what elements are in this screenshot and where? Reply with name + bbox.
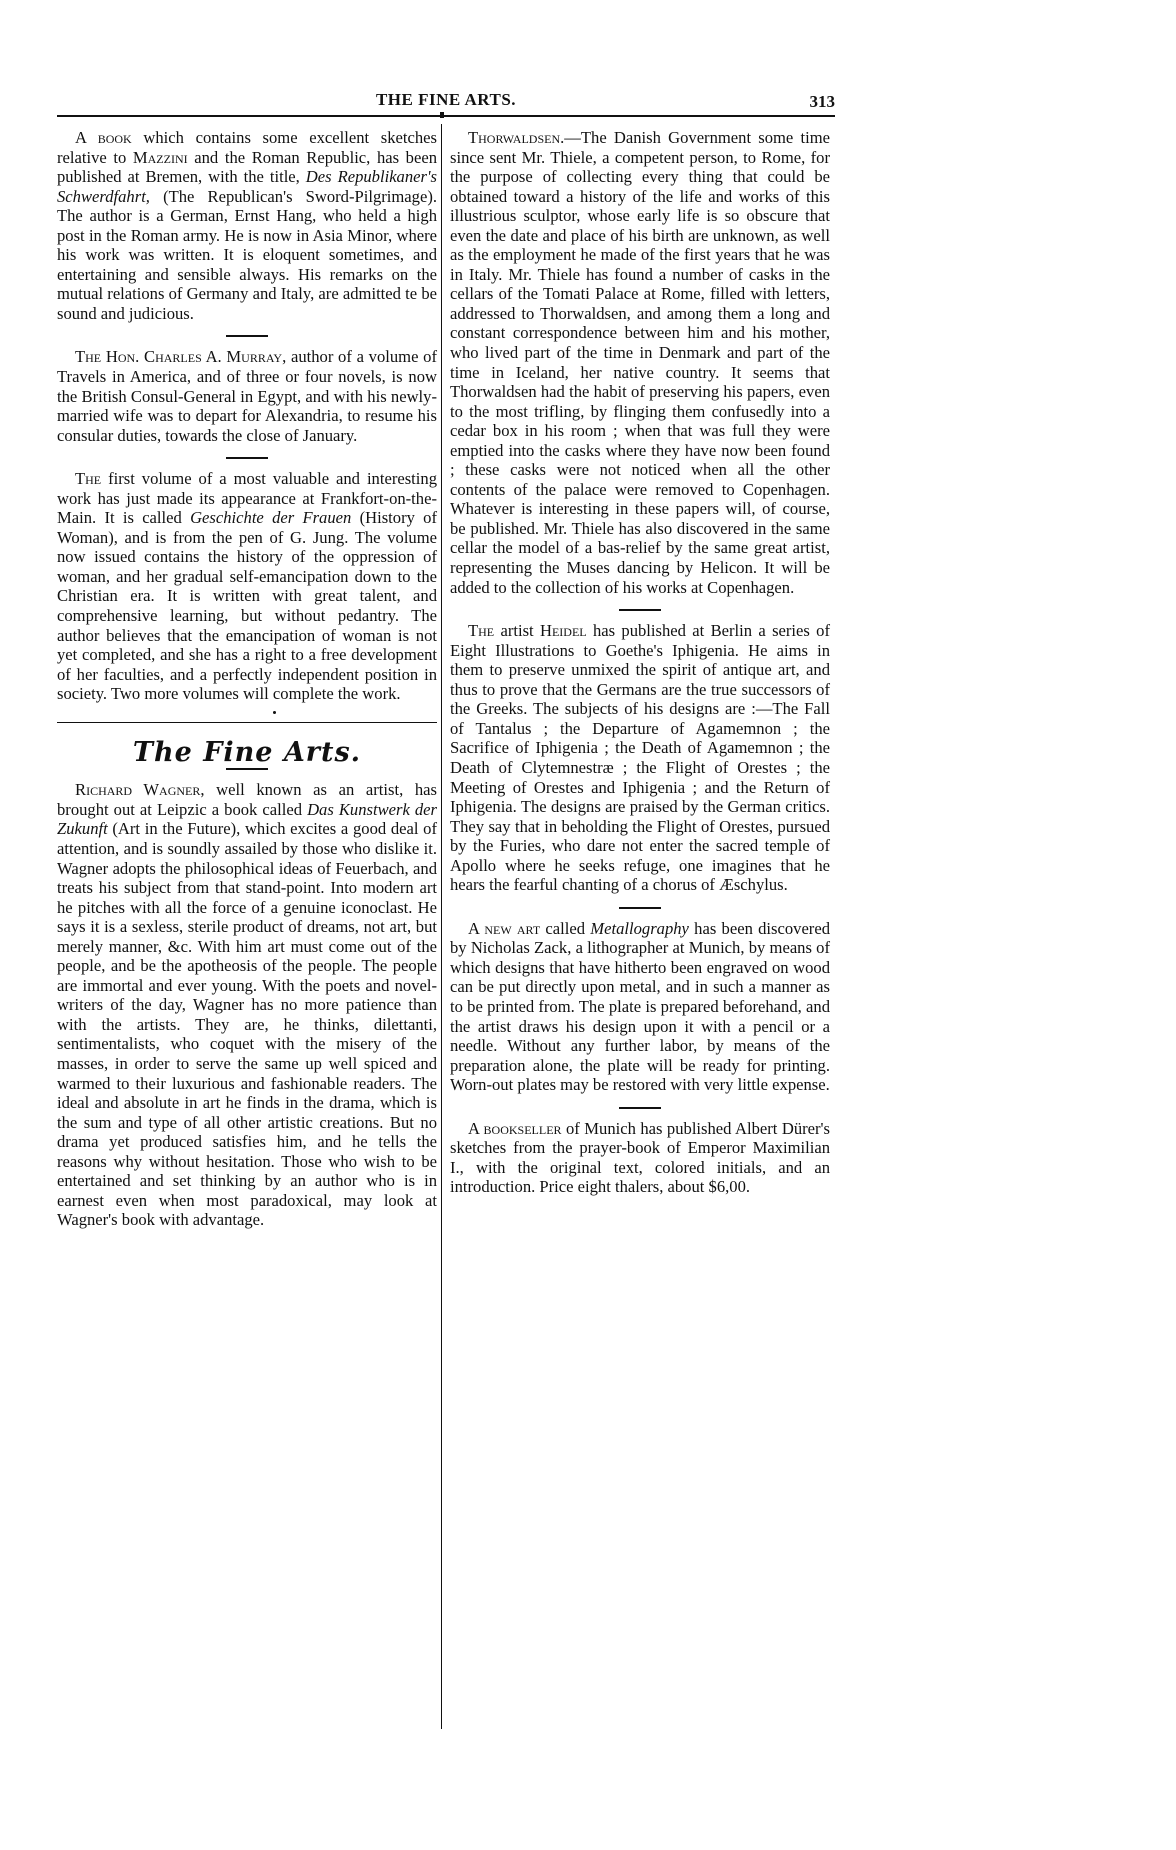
running-title: THE FINE ARTS. — [57, 90, 835, 110]
lead-words: The Hon. Charles A. Murray, — [75, 347, 286, 366]
lead-words: The — [75, 469, 101, 488]
article-wagner: Richard Wagner, well known as an artist,… — [57, 780, 437, 1230]
person-name: Mazzini — [133, 148, 188, 167]
article-mazzini-book: A book which contains some excellent ske… — [57, 128, 437, 323]
lead-words: A bookseller — [468, 1119, 562, 1138]
separator-rule — [619, 609, 661, 611]
article-thorwaldsen: Thorwaldsen.—The Danish Government some … — [450, 128, 830, 597]
section-heading: The Fine Arts. — [57, 743, 437, 763]
separator-rule — [619, 907, 661, 909]
page-number: 313 — [810, 92, 836, 112]
separator-rule — [226, 335, 268, 337]
column-divider — [441, 124, 442, 1729]
lead-words: Richard Wagner, — [75, 780, 205, 799]
section-rule — [57, 722, 437, 723]
header-rule — [57, 115, 835, 117]
separator-rule — [619, 1107, 661, 1109]
right-column: Thorwaldsen.—The Danish Government some … — [450, 128, 830, 1197]
article-murray: The Hon. Charles A. Murray, author of a … — [57, 347, 437, 445]
article-heidel: The artist Heidel has published at Berli… — [450, 621, 830, 895]
left-column: A book which contains some excellent ske… — [57, 128, 437, 1230]
article-metallography: A new art called Metallography has been … — [450, 919, 830, 1095]
article-durer-sketches: A bookseller of Munich has published Alb… — [450, 1119, 830, 1197]
separator-rule — [226, 768, 268, 770]
article-geschichte-der-frauen: The first volume of a most valuable and … — [57, 469, 437, 704]
page-header: THE FINE ARTS. 313 — [57, 86, 835, 116]
lead-words: A new art — [468, 919, 540, 938]
lead-words: The — [468, 621, 494, 640]
lead-words: A book — [75, 128, 132, 147]
person-name: Heidel — [540, 621, 587, 640]
book-title: Geschichte der Frauen — [190, 508, 351, 527]
header-rule-tick — [440, 112, 444, 118]
lead-words: Thorwaldsen. — [468, 128, 564, 147]
separator-rule — [226, 457, 268, 459]
term-title: Metallography — [590, 919, 689, 938]
rule-dot — [273, 711, 276, 714]
